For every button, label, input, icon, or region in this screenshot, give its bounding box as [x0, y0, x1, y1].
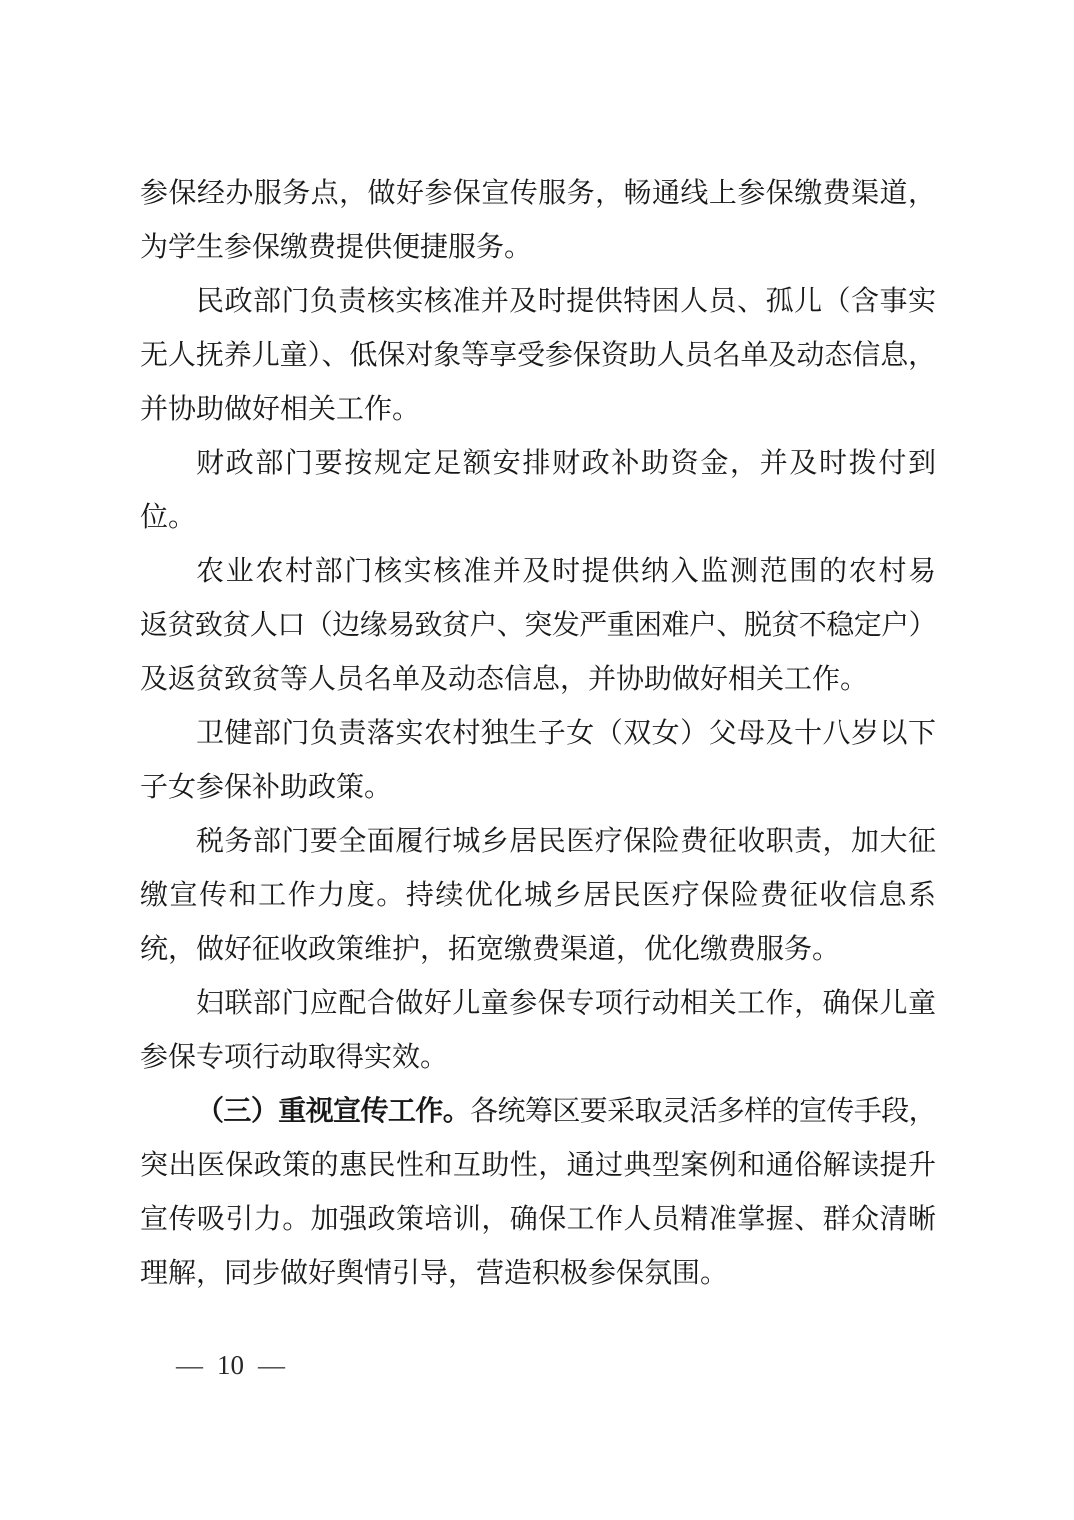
body-text: 并协助做好相关工作。 — [140, 394, 420, 425]
document-body: 参保经办服务点，做好参保宣传服务，畅通线上参保缴费渠道，为学生参保缴费提供便捷服… — [140, 167, 936, 1301]
body-text: 突出医保政策的惠民性和互助性，通过典型案例和通俗解读提升 — [140, 1150, 936, 1181]
text-line: 返贫致贫人口（边缘易致贫户、突发严重困难户、脱贫不稳定户） — [140, 599, 936, 653]
page-number: 10 — [217, 1350, 244, 1380]
footer-dash-left: — — [176, 1350, 203, 1380]
paragraph: 卫健部门负责落实农村独生子女（双女）父母及十八岁以下子女参保补助政策。 — [140, 707, 936, 815]
page-footer: — 10 — — [176, 1350, 285, 1380]
body-text: 税务部门要全面履行城乡居民医疗保险费征收职责，加大征 — [196, 826, 936, 857]
bold-heading-text: （三）重视宣传工作。 — [196, 1096, 470, 1127]
body-text: 返贫致贫人口（边缘易致贫户、突发严重困难户、脱贫不稳定户） — [140, 610, 936, 641]
body-text: 无人抚养儿童）、低保对象等享受参保资助人员名单及动态信息， — [140, 340, 936, 371]
body-text: 统，做好征收政策维护，拓宽缴费渠道，优化缴费服务。 — [140, 934, 840, 965]
paragraph: 民政部门负责核实核准并及时提供特困人员、孤儿（含事实无人抚养儿童）、低保对象等享… — [140, 275, 936, 437]
paragraph: 税务部门要全面履行城乡居民医疗保险费征收职责，加大征缴宣传和工作力度。持续优化城… — [140, 815, 936, 977]
text-line: 子女参保补助政策。 — [140, 761, 936, 815]
body-text: 妇联部门应配合做好儿童参保专项行动相关工作，确保儿童 — [196, 988, 936, 1019]
footer-dash-right: — — [258, 1350, 285, 1380]
paragraph: 妇联部门应配合做好儿童参保专项行动相关工作，确保儿童参保专项行动取得实效。 — [140, 977, 936, 1085]
text-line: 缴宣传和工作力度。持续优化城乡居民医疗保险费征收信息系 — [140, 869, 936, 923]
text-line: 农业农村部门核实核准并及时提供纳入监测范围的农村易 — [140, 545, 936, 599]
text-line: 税务部门要全面履行城乡居民医疗保险费征收职责，加大征 — [140, 815, 936, 869]
text-line: 宣传吸引力。加强政策培训，确保工作人员精准掌握、群众清晰 — [140, 1193, 936, 1247]
text-line: 妇联部门应配合做好儿童参保专项行动相关工作，确保儿童 — [140, 977, 936, 1031]
body-text: 子女参保补助政策。 — [140, 772, 392, 803]
body-text: 理解，同步做好舆情引导，营造积极参保氛围。 — [140, 1258, 728, 1289]
text-line: 参保专项行动取得实效。 — [140, 1031, 936, 1085]
body-text: 位。 — [140, 502, 196, 533]
text-line: 民政部门负责核实核准并及时提供特困人员、孤儿（含事实 — [140, 275, 936, 329]
body-text: 宣传吸引力。加强政策培训，确保工作人员精准掌握、群众清晰 — [140, 1204, 936, 1235]
body-text: 参保专项行动取得实效。 — [140, 1042, 448, 1073]
document-page: 参保经办服务点，做好参保宣传服务，畅通线上参保缴费渠道，为学生参保缴费提供便捷服… — [0, 0, 1074, 1520]
body-text: 参保经办服务点，做好参保宣传服务，畅通线上参保缴费渠道， — [140, 178, 936, 209]
body-text: 缴宣传和工作力度。持续优化城乡居民医疗保险费征收信息系 — [140, 880, 936, 911]
body-text: 农业农村部门核实核准并及时提供纳入监测范围的农村易 — [196, 556, 936, 587]
text-line: 财政部门要按规定足额安排财政补助资金，并及时拨付到 — [140, 437, 936, 491]
paragraph: 参保经办服务点，做好参保宣传服务，畅通线上参保缴费渠道，为学生参保缴费提供便捷服… — [140, 167, 936, 275]
text-line: 参保经办服务点，做好参保宣传服务，畅通线上参保缴费渠道， — [140, 167, 936, 221]
text-line: 并协助做好相关工作。 — [140, 383, 936, 437]
text-line: 卫健部门负责落实农村独生子女（双女）父母及十八岁以下 — [140, 707, 936, 761]
text-line: （三）重视宣传工作。各统筹区要采取灵活多样的宣传手段， — [140, 1085, 936, 1139]
body-text: 民政部门负责核实核准并及时提供特困人员、孤儿（含事实 — [196, 286, 936, 317]
paragraph: （三）重视宣传工作。各统筹区要采取灵活多样的宣传手段，突出医保政策的惠民性和互助… — [140, 1085, 936, 1301]
text-line: 位。 — [140, 491, 936, 545]
body-text: 及返贫致贫等人员名单及动态信息，并协助做好相关工作。 — [140, 664, 868, 695]
body-text: 财政部门要按规定足额安排财政补助资金，并及时拨付到 — [196, 448, 936, 479]
paragraph: 财政部门要按规定足额安排财政补助资金，并及时拨付到位。 — [140, 437, 936, 545]
body-text: 各统筹区要采取灵活多样的宣传手段， — [470, 1096, 936, 1127]
body-text: 为学生参保缴费提供便捷服务。 — [140, 232, 532, 263]
text-line: 无人抚养儿童）、低保对象等享受参保资助人员名单及动态信息， — [140, 329, 936, 383]
text-line: 为学生参保缴费提供便捷服务。 — [140, 221, 936, 275]
text-line: 理解，同步做好舆情引导，营造积极参保氛围。 — [140, 1247, 936, 1301]
text-line: 突出医保政策的惠民性和互助性，通过典型案例和通俗解读提升 — [140, 1139, 936, 1193]
paragraph: 农业农村部门核实核准并及时提供纳入监测范围的农村易返贫致贫人口（边缘易致贫户、突… — [140, 545, 936, 707]
body-text: 卫健部门负责落实农村独生子女（双女）父母及十八岁以下 — [196, 718, 936, 749]
text-line: 及返贫致贫等人员名单及动态信息，并协助做好相关工作。 — [140, 653, 936, 707]
text-line: 统，做好征收政策维护，拓宽缴费渠道，优化缴费服务。 — [140, 923, 936, 977]
